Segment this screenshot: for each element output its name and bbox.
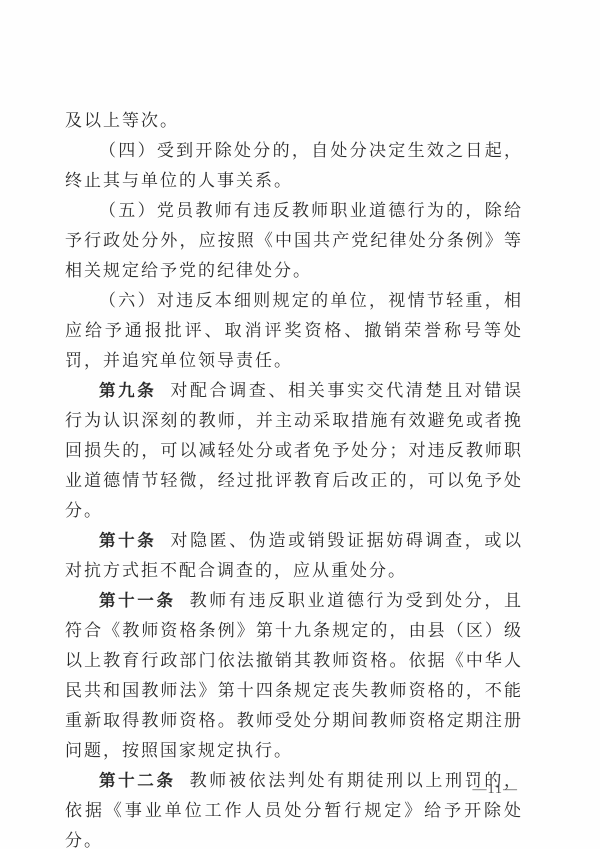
page-number: —11— <box>473 782 518 798</box>
paragraph-text: 及以上等次。 <box>65 111 179 130</box>
article-number: 第十一条 <box>99 592 176 610</box>
paragraph: 及以上等次。 <box>65 106 523 136</box>
paragraph: （五）党员教师有违反教师职业道德行为的，除给予行政处分外，应按照《中国共产党纪律… <box>65 196 523 286</box>
paragraph-text: （四）受到开除处分的，自处分决定生效之日起，终止其与单位的人事关系。 <box>65 141 523 190</box>
article-number: 第十二条 <box>99 772 176 790</box>
article-number: 第十条 <box>99 532 156 550</box>
document-body: 及以上等次。 （四）受到开除处分的，自处分决定生效之日起，终止其与单位的人事关系… <box>65 106 523 849</box>
paragraph: （六）对违反本细则规定的单位，视情节轻重，相应给予通报批评、取消评奖资格、撤销荣… <box>65 286 523 376</box>
paragraph-text: 教师有违反职业道德行为受到处分，且符合《教师资格条例》第十九条规定的，由县（区）… <box>65 591 523 760</box>
paragraph: （四）受到开除处分的，自处分决定生效之日起，终止其与单位的人事关系。 <box>65 136 523 196</box>
article-number: 第九条 <box>99 382 156 400</box>
paragraph-text: （五）党员教师有违反教师职业道德行为的，除给予行政处分外，应按照《中国共产党纪律… <box>65 201 523 280</box>
paragraph-text: （六）对违反本细则规定的单位，视情节轻重，相应给予通报批评、取消评奖资格、撤销荣… <box>65 291 523 370</box>
paragraph: 第十二条教师被依法判处有期徒刑以上刑罚的，依据《事业单位工作人员处分暂行规定》给… <box>65 766 523 849</box>
paragraph: 第十条对隐匿、伪造或销毁证据妨碍调查，或以对抗方式拒不配合调查的，应从重处分。 <box>65 526 523 586</box>
paragraph: 第九条对配合调查、相关事实交代清楚且对错误行为认识深刻的教师，并主动采取措施有效… <box>65 376 523 526</box>
paragraph-text: 对配合调查、相关事实交代清楚且对错误行为认识深刻的教师，并主动采取措施有效避免或… <box>65 381 523 520</box>
document-page: 及以上等次。 （四）受到开除处分的，自处分决定生效之日起，终止其与单位的人事关系… <box>0 0 600 849</box>
paragraph: 第十一条教师有违反职业道德行为受到处分，且符合《教师资格条例》第十九条规定的，由… <box>65 586 523 766</box>
